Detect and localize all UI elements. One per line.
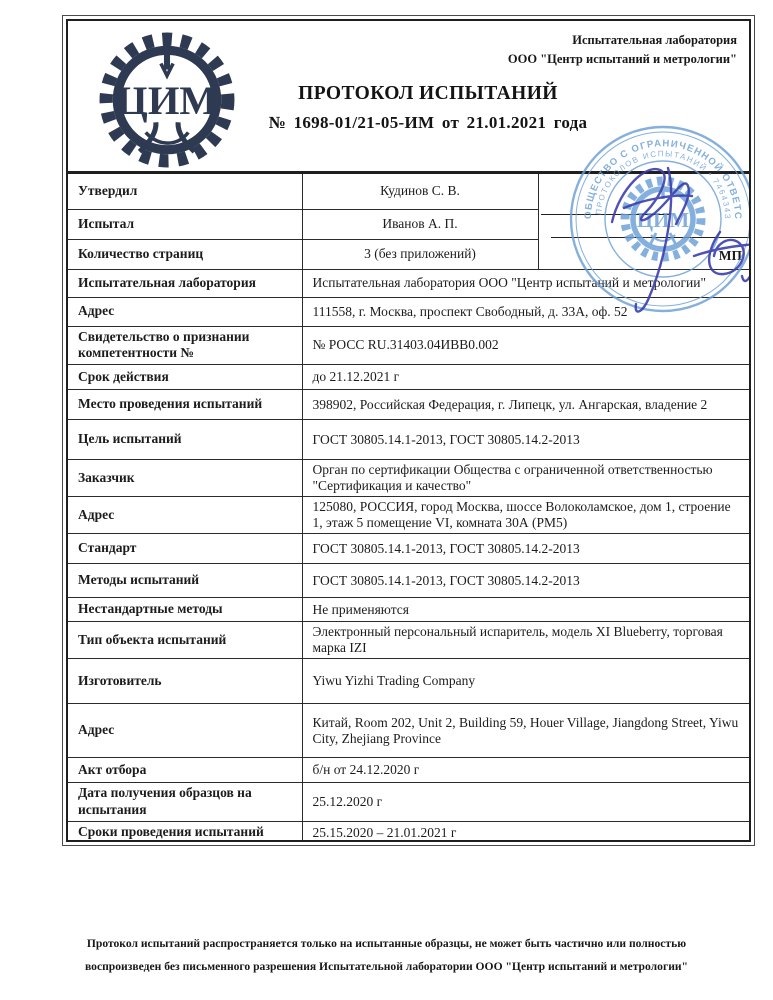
row-value-cell: № РОСС RU.31403.04ИВВ0.002 <box>302 326 749 365</box>
row-label-cell: Тип объекта испытаний <box>68 622 302 659</box>
lab-name-block: Испытательная лаборатория ООО "Центр исп… <box>508 31 737 69</box>
row-value-cell: Yiwu Yizhi Trading Company <box>302 659 749 704</box>
row-value-cell: б/н от 24.12.2020 г <box>302 758 749 783</box>
logo-text: ЦИМ <box>116 78 217 123</box>
row-label-cell: Утвердил <box>68 174 302 209</box>
scanned-test-protocol-page: { "header": { "lab_line1": "Испытательна… <box>0 0 773 1000</box>
table-row: Заказчик Орган по сертификации Общества … <box>68 460 749 497</box>
mp-seal-label: МП <box>719 248 742 264</box>
table-row: Тип объекта испытаний Электронный персон… <box>68 622 749 659</box>
document-header: ЦИМ Испытательная лаборатория ООО "Центр… <box>68 21 749 174</box>
row-value-cell: Не применяются <box>302 598 749 622</box>
row-label-cell: Срок действия <box>68 365 302 390</box>
row-label-cell: Место проведения испытаний <box>68 390 302 420</box>
table-row: Акт отбора б/н от 24.12.2020 г <box>68 758 749 783</box>
table-row: Цель испытаний ГОСТ 30805.14.1-2013, ГОС… <box>68 420 749 460</box>
row-value-cell: Орган по сертификации Общества с огранич… <box>302 460 749 497</box>
row-value-cell: до 21.12.2021 г <box>302 365 749 390</box>
row-label-cell: Дата получения образцов на испытания <box>68 783 302 822</box>
row-label-cell: Методы испытаний <box>68 564 302 598</box>
table-row: Изготовитель Yiwu Yizhi Trading Company <box>68 659 749 704</box>
row-label-cell: Изготовитель <box>68 659 302 704</box>
table-row: Адрес 125080, РОССИЯ, город Москва, шосс… <box>68 497 749 534</box>
row-label-cell: Нестандартные методы <box>68 598 302 622</box>
page-frame: ЦИМ Испытательная лаборатория ООО "Центр… <box>62 15 755 846</box>
row-label-cell: Адрес <box>68 297 302 326</box>
signature-line <box>541 214 669 215</box>
row-value-cell: 111558, г. Москва, проспект Свободный, д… <box>302 297 749 326</box>
row-value-cell: ГОСТ 30805.14.1-2013, ГОСТ 30805.14.2-20… <box>302 420 749 460</box>
row-label-cell: Цель испытаний <box>68 420 302 460</box>
row-value-cell: 25.12.2020 г <box>302 783 749 822</box>
row-value-cell: Китай, Room 202, Unit 2, Building 59, Ho… <box>302 704 749 758</box>
row-value-cell: 398902, Российская Федерация, г. Липецк,… <box>302 390 749 420</box>
table-row: Методы испытаний ГОСТ 30805.14.1-2013, Г… <box>68 564 749 598</box>
table-row: Место проведения испытаний 398902, Росси… <box>68 390 749 420</box>
table-row: Стандарт ГОСТ 30805.14.1-2013, ГОСТ 3080… <box>68 534 749 564</box>
lab-name-line1: Испытательная лаборатория <box>508 31 737 50</box>
page-inner-border: ЦИМ Испытательная лаборатория ООО "Центр… <box>66 19 751 842</box>
table-row: Утвердил Кудинов С. В. МП <box>68 174 749 209</box>
row-label-cell: Испытательная лаборатория <box>68 269 302 297</box>
footer-disclaimer: Протокол испытаний распространяется толь… <box>55 933 718 978</box>
row-label-cell: Стандарт <box>68 534 302 564</box>
table-row: Сроки проведения испытаний 25.15.2020 – … <box>68 822 749 843</box>
row-label-cell: Адрес <box>68 704 302 758</box>
cim-gear-logo-icon: ЦИМ <box>96 29 238 171</box>
table-row: Свидетельство о признании компетентности… <box>68 326 749 365</box>
row-label-cell: Заказчик <box>68 460 302 497</box>
lab-name-line2: ООО "Центр испытаний и метрологии" <box>508 50 737 69</box>
row-value-cell: Иванов А. П. <box>302 209 538 239</box>
table-row: Дата получения образцов на испытания 25.… <box>68 783 749 822</box>
table-row: Испытательная лаборатория Испытательная … <box>68 269 749 297</box>
row-value-cell: Испытательная лаборатория ООО "Центр исп… <box>302 269 749 297</box>
row-label-cell: Акт отбора <box>68 758 302 783</box>
table-row: Нестандартные методы Не применяются <box>68 598 749 622</box>
document-number-date: № 1698-01/21-05-ИМ от 21.01.2021 года <box>228 113 628 133</box>
protocol-table: Утвердил Кудинов С. В. МП Испытал Иванов… <box>68 174 749 842</box>
table-row: Адрес 111558, г. Москва, проспект Свобод… <box>68 297 749 326</box>
row-label-cell: Количество страниц <box>68 239 302 269</box>
table-row: Срок действия до 21.12.2021 г <box>68 365 749 390</box>
row-label-cell: Испытал <box>68 209 302 239</box>
signature-area-cell: МП <box>538 174 749 269</box>
row-value-cell: Электронный персональный испаритель, мод… <box>302 622 749 659</box>
row-value-cell: 25.15.2020 – 21.01.2021 г <box>302 822 749 843</box>
row-value-cell: 3 (без приложений) <box>302 239 538 269</box>
row-label-cell: Свидетельство о признании компетентности… <box>68 326 302 365</box>
row-value-cell: ГОСТ 30805.14.1-2013, ГОСТ 30805.14.2-20… <box>302 534 749 564</box>
document-title: ПРОТОКОЛ ИСПЫТАНИЙ <box>228 83 628 105</box>
row-value-cell: 125080, РОССИЯ, город Москва, шоссе Воло… <box>302 497 749 534</box>
row-label-cell: Сроки проведения испытаний <box>68 822 302 843</box>
row-value-cell: Кудинов С. В. <box>302 174 538 209</box>
row-value-cell: ГОСТ 30805.14.1-2013, ГОСТ 30805.14.2-20… <box>302 564 749 598</box>
signature-line <box>551 237 750 238</box>
table-row: Адрес Китай, Room 202, Unit 2, Building … <box>68 704 749 758</box>
row-label-cell: Адрес <box>68 497 302 534</box>
